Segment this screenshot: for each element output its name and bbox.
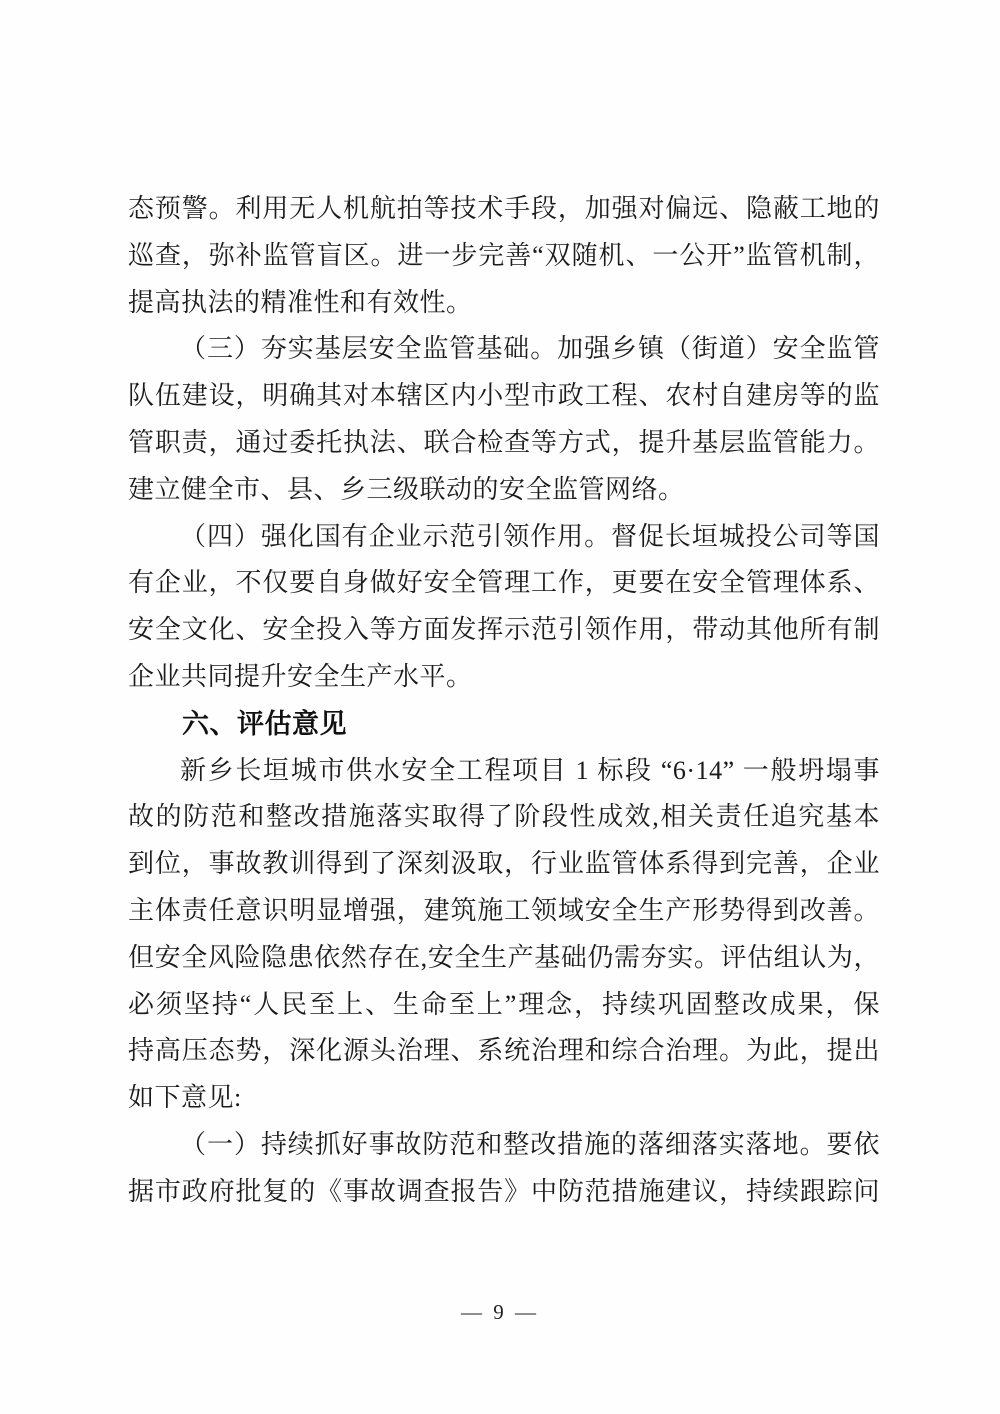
document-line: 到位，事故教训得到了深刻汲取，行业监管体系得到完善，企业 (128, 841, 880, 888)
page-number: — 9 — (0, 1300, 1000, 1325)
section-heading: 六、评估意见 (128, 701, 880, 748)
document-line: 建立健全市、县、乡三级联动的安全监管网络。 (128, 467, 880, 514)
document-line: 必须坚持“人民至上、生命至上”理念，持续巩固整改成果，保 (128, 982, 880, 1029)
document-line: 但安全风险隐患依然存在,安全生产基础仍需夯实。评估组认为， (128, 935, 880, 982)
document-line: 提高执法的精准性和有效性。 (128, 280, 880, 327)
document-line: （三）夯实基层安全监管基础。加强乡镇（街道）安全监管 (128, 326, 880, 373)
document-line: 队伍建设，明确其对本辖区内小型市政工程、农村自建房等的监 (128, 373, 880, 420)
document-line: 巡查，弥补监管盲区。进一步完善“双随机、一公开”监管机制， (128, 233, 880, 280)
document-line: 管职责，通过委托执法、联合检查等方式，提升基层监管能力。 (128, 420, 880, 467)
document-line: 企业共同提升安全生产水平。 (128, 654, 880, 701)
document-line: 新乡长垣城市供水安全工程项目 1 标段 “6·14” 一般坍塌事 (128, 748, 880, 795)
document-body: 态预警。利用无人机航拍等技术手段，加强对偏远、隐蔽工地的巡查，弥补监管盲区。进一… (128, 186, 880, 1216)
document-line: （一）持续抓好事故防范和整改措施的落细落实落地。要依 (128, 1122, 880, 1169)
document-line: 据市政府批复的《事故调查报告》中防范措施建议，持续跟踪问 (128, 1169, 880, 1216)
document-line: 如下意见: (128, 1075, 880, 1122)
document-line: 持高压态势，深化源头治理、系统治理和综合治理。为此，提出 (128, 1028, 880, 1075)
document-line: 故的防范和整改措施落实取得了阶段性成效,相关责任追究基本 (128, 794, 880, 841)
document-line: 主体责任意识明显增强，建筑施工领域安全生产形势得到改善。 (128, 888, 880, 935)
document-line: （四）强化国有企业示范引领作用。督促长垣城投公司等国 (128, 514, 880, 561)
document-page: 态预警。利用无人机航拍等技术手段，加强对偏远、隐蔽工地的巡查，弥补监管盲区。进一… (0, 0, 1000, 1414)
document-line: 有企业，不仅要自身做好安全管理工作，更要在安全管理体系、 (128, 560, 880, 607)
document-line: 态预警。利用无人机航拍等技术手段，加强对偏远、隐蔽工地的 (128, 186, 880, 233)
document-line: 安全文化、安全投入等方面发挥示范引领作用，带动其他所有制 (128, 607, 880, 654)
